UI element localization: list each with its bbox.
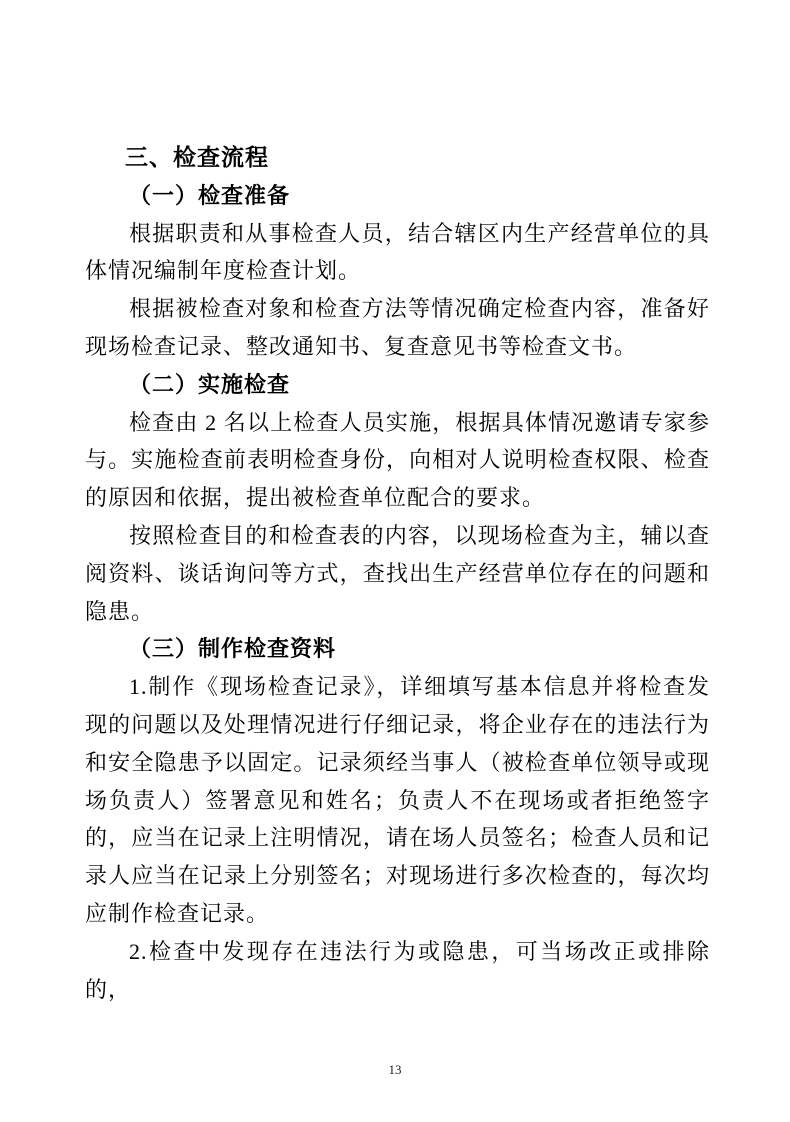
- subheading-materials: （三）制作检查资料: [85, 630, 710, 668]
- subheading-implementation: （二）实施检查: [85, 366, 710, 404]
- subheading-preparation: （一）检查准备: [85, 177, 710, 215]
- paragraph: 检查由 2 名以上检查人员实施，根据具体情况邀请专家参与。实施检查前表明检查身份…: [85, 404, 710, 517]
- paragraph: 1.制作《现场检查记录》，详细填写基本信息并将检查发现的问题以及处理情况进行仔细…: [85, 668, 710, 933]
- paragraph: 2.检查中发现存在违法行为或隐患，可当场改正或排除的，: [85, 933, 710, 1009]
- section-heading: 三、检查流程: [85, 139, 710, 177]
- document-content: 三、检查流程 （一）检查准备 根据职责和从事检查人员，结合辖区内生产经营单位的具…: [85, 139, 710, 1008]
- paragraph: 根据职责和从事检查人员，结合辖区内生产经营单位的具体情况编制年度检查计划。: [85, 215, 710, 291]
- page-number: 13: [0, 1062, 790, 1078]
- document-page: 三、检查流程 （一）检查准备 根据职责和从事检查人员，结合辖区内生产经营单位的具…: [0, 0, 790, 1122]
- paragraph: 根据被检查对象和检查方法等情况确定检查内容，准备好现场检查记录、整改通知书、复查…: [85, 290, 710, 366]
- paragraph: 按照检查目的和检查表的内容，以现场检查为主，辅以查阅资料、谈话询问等方式，查找出…: [85, 517, 710, 630]
